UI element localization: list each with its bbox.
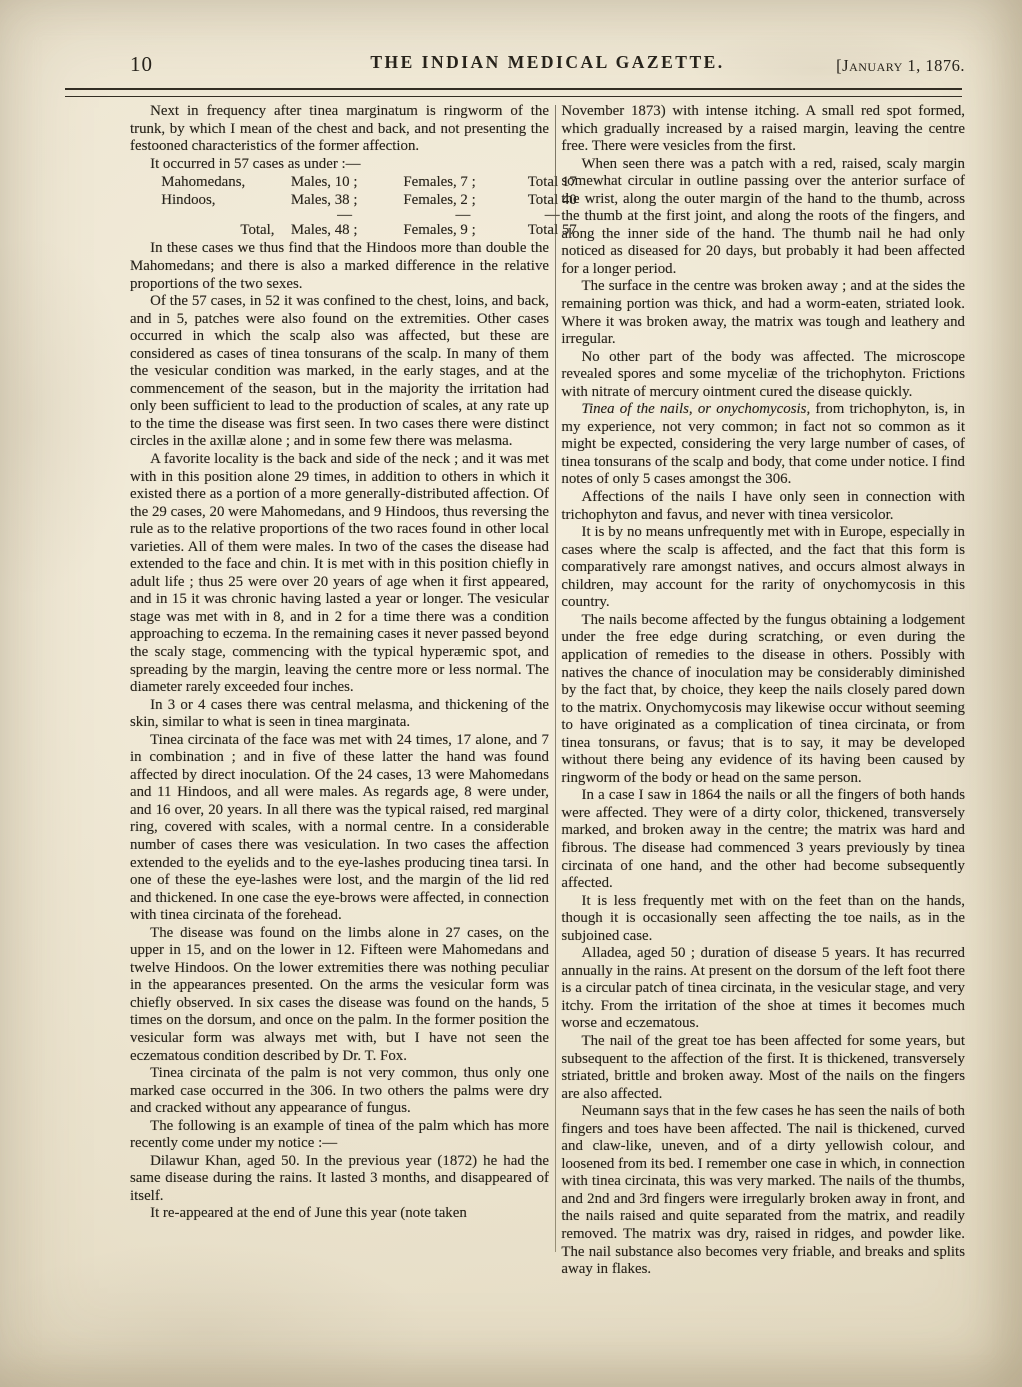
paragraph: Neumann says that in the few cases he ha…: [561, 1103, 965, 1278]
cases-summary-cell: —: [291, 209, 403, 222]
cases-summary-cell: Males, 10 ;: [291, 174, 403, 191]
paragraph: The surface in the centre was broken awa…: [561, 278, 965, 348]
paragraph: Tinea of the nails, or onychomycosis, fr…: [561, 401, 965, 489]
paragraph: Tinea circinata of the face was met with…: [130, 732, 549, 925]
cases-summary-row: Hindoos,Males, 38 ;Females, 2 ;Total 40: [161, 192, 582, 209]
paragraph: The disease was found on the limbs alone…: [130, 925, 549, 1065]
paragraph: It is less frequently met with on the fe…: [561, 893, 965, 946]
cases-summary-cell: Total,: [161, 222, 291, 239]
paragraph: Alladea, aged 50 ; duration of disease 5…: [561, 945, 965, 1033]
paragraph: Dilawur Khan, aged 50. In the previous y…: [130, 1153, 549, 1206]
cases-summary-cell: Hindoos,: [161, 192, 291, 209]
paragraph: Of the 57 cases, in 52 it was confined t…: [130, 293, 549, 451]
journal-page-scan: 10 THE INDIAN MEDICAL GAZETTE. [January …: [0, 0, 1022, 1387]
cases-summary-table: Mahomedans,Males, 10 ;Females, 7 ;Total …: [161, 174, 582, 239]
paragraph: It occurred in 57 cases as under :—: [130, 156, 549, 174]
cases-summary-cell: [161, 209, 291, 222]
issue-date: [January 1, 1876.: [836, 56, 965, 76]
paragraph: When seen there was a patch with a red, …: [561, 156, 965, 279]
column-divider: [555, 105, 556, 1252]
paragraph: It re-appeared at the end of June this y…: [130, 1205, 549, 1223]
paragraph: In a case I saw in 1864 the nails or all…: [561, 787, 965, 892]
paragraph: In these cases we thus find that the Hin…: [130, 240, 549, 293]
cases-summary-cell: Mahomedans,: [161, 174, 291, 191]
paragraph: Affections of the nails I have only seen…: [561, 489, 965, 524]
left-column: Next in frequency after tinea marginatum…: [130, 103, 549, 1332]
paragraph: No other part of the body was affected. …: [561, 349, 965, 402]
cases-summary-cell: Females, 7 ;: [403, 174, 527, 191]
paragraph: Tinea circinata of the palm is not very …: [130, 1065, 549, 1118]
paragraph: The nail of the great toe has been affec…: [561, 1033, 965, 1103]
cases-summary-cell: —: [403, 209, 527, 222]
paragraph: Next in frequency after tinea marginatum…: [130, 103, 549, 156]
paragraph: It is by no means unfrequently met with …: [561, 524, 965, 612]
right-column: November 1873) with intense itching. A s…: [561, 103, 965, 1332]
cases-summary-cell: Females, 9 ;: [403, 222, 527, 239]
cases-summary-row: Mahomedans,Males, 10 ;Females, 7 ;Total …: [161, 174, 582, 191]
header-rule: [65, 88, 962, 97]
paragraph: A favorite locality is the back and side…: [130, 451, 549, 697]
cases-summary-row: Total,Males, 48 ;Females, 9 ;Total 57: [161, 222, 582, 239]
paragraph: The nails become affected by the fungus …: [561, 612, 965, 787]
text-columns: Next in frequency after tinea marginatum…: [130, 103, 965, 1332]
italic-lead: Tinea of the nails, or onychomycosis,: [582, 401, 811, 417]
paragraph: November 1873) with intense itching. A s…: [561, 103, 965, 156]
masthead: 10 THE INDIAN MEDICAL GAZETTE. [January …: [130, 52, 965, 82]
cases-summary-row: ———: [161, 209, 582, 222]
cases-summary-cell: Males, 48 ;: [291, 222, 403, 239]
paragraph: The following is an example of tinea of …: [130, 1118, 549, 1153]
paragraph: In 3 or 4 cases there was central melasm…: [130, 697, 549, 732]
